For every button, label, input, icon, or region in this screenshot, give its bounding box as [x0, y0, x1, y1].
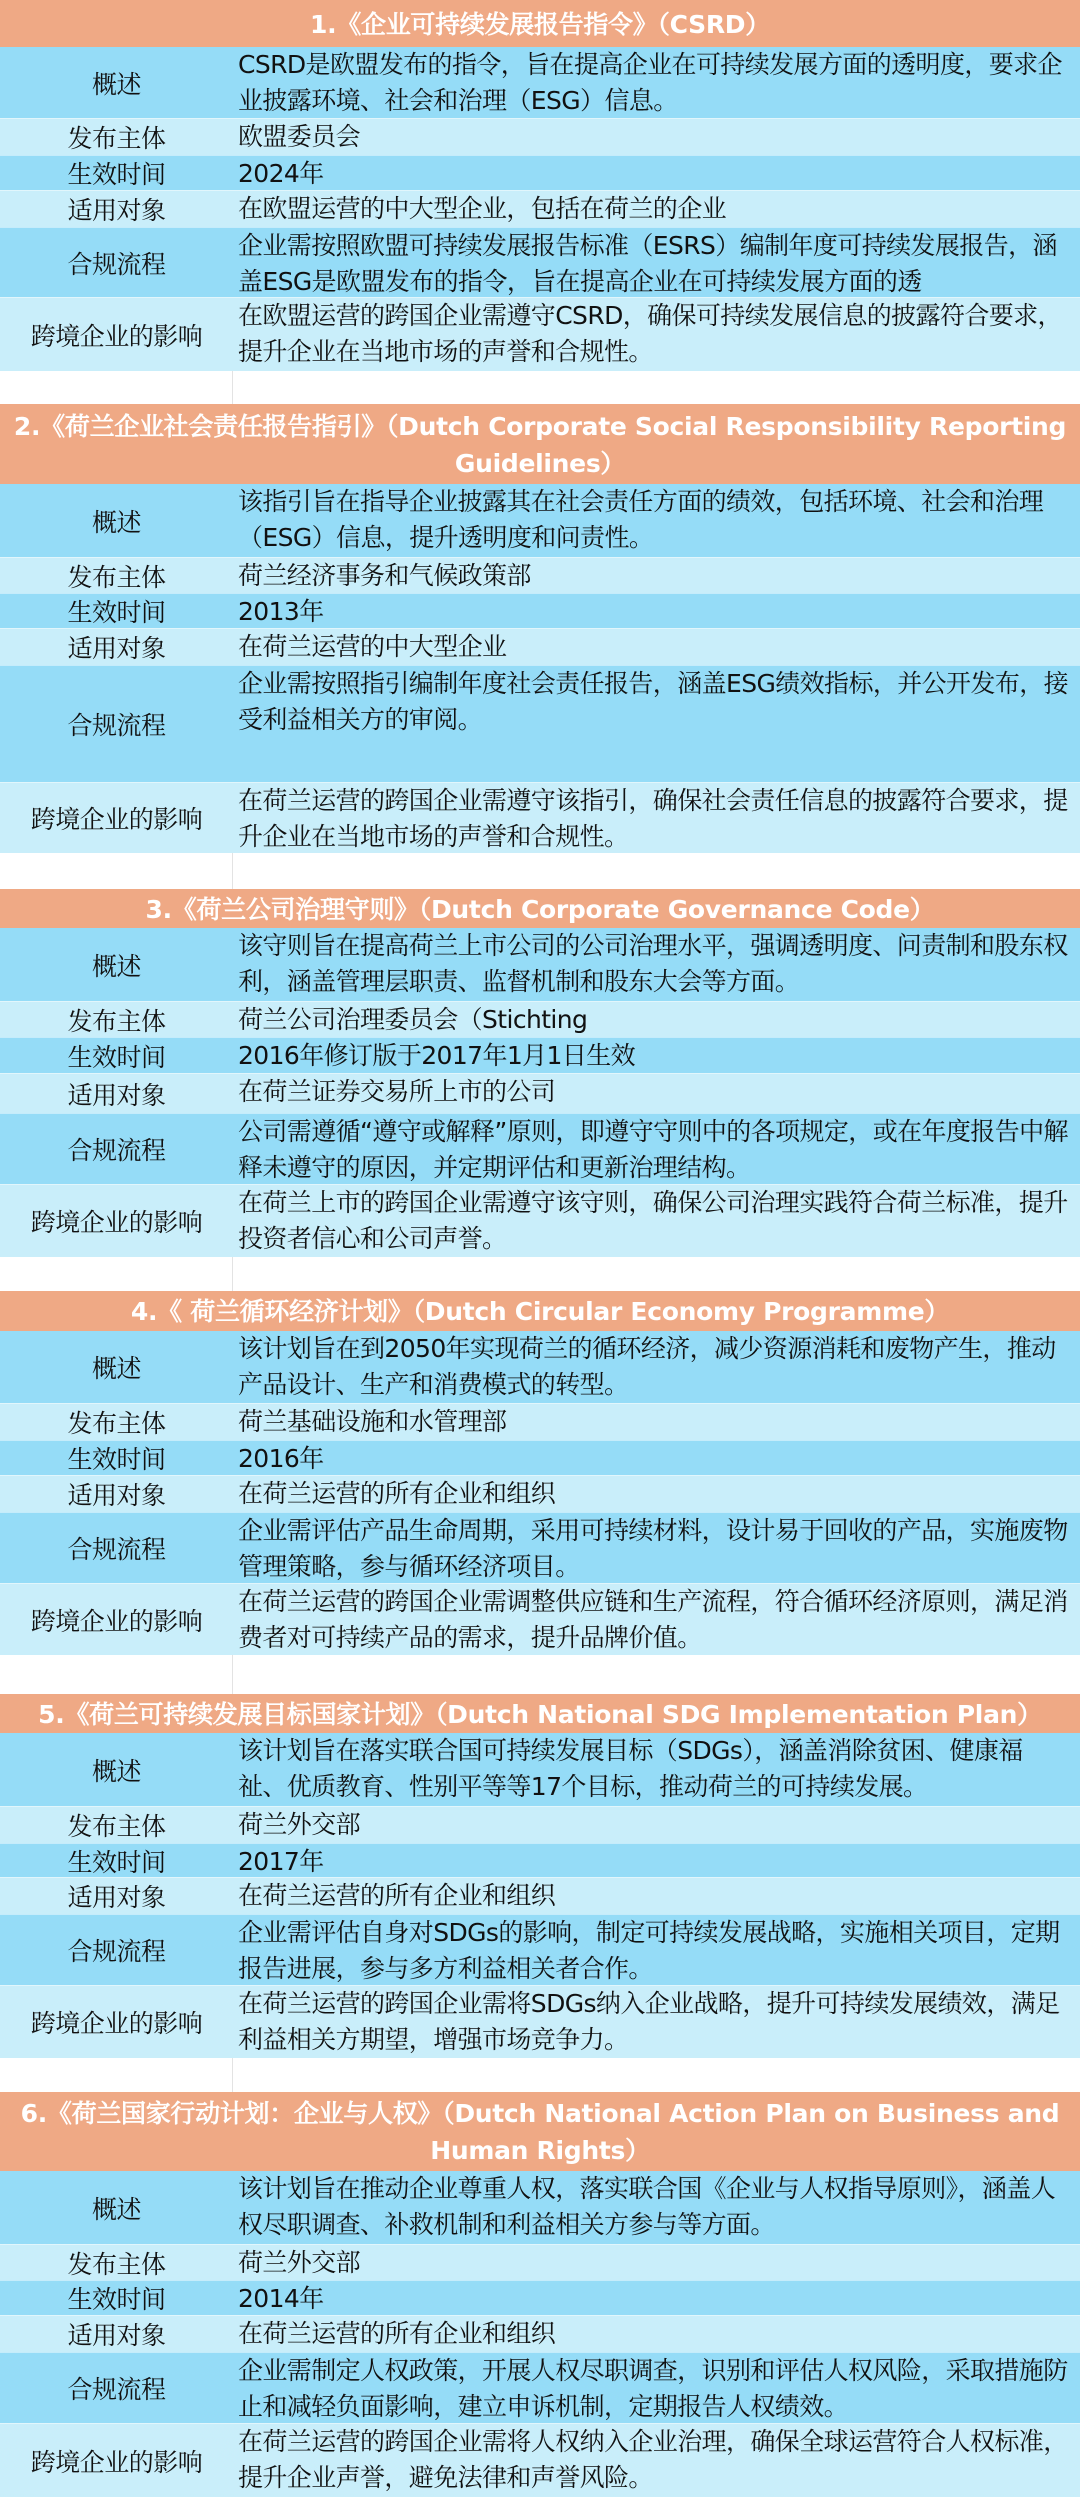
row-scope: 适用对象 在荷兰运营的中大型企业: [0, 628, 1080, 665]
label-overview: 概述: [0, 1331, 233, 1403]
regulations-table: 1.《企业可持续发展报告指令》（CSRD） 概述 CSRD是欧盟发布的指令，旨在…: [0, 0, 1080, 2497]
value-process: 企业需评估自身对SDGs的影响，制定可持续发展战略，实施相关项目，定期报告进展，…: [233, 1915, 1080, 1985]
row-overview: 概述 该计划旨在落实联合国可持续发展目标（SDGs），涵盖消除贫困、健康福祉、优…: [0, 1733, 1080, 1806]
section-title: 6.《荷兰国家行动计划：企业与人权》（Dutch National Action…: [0, 2092, 1080, 2171]
label-process: 合规流程: [0, 1513, 233, 1583]
value-process: 公司需遵循“遵守或解释”原则，即遵守守则中的各项规定，或在年度报告中解释未遵守的…: [233, 1114, 1080, 1184]
value-effective: 2014年: [233, 2281, 1080, 2315]
row-process: 合规流程 企业需评估自身对SDGs的影响，制定可持续发展战略，实施相关项目，定期…: [0, 1914, 1080, 1985]
value-overview: 该计划旨在推动企业尊重人权，落实联合国《企业与人权指导原则》，涵盖人权尽职调查、…: [233, 2171, 1080, 2244]
value-overview: 该计划旨在到2050年实现荷兰的循环经济，减少资源消耗和废物产生，推动产品设计、…: [233, 1331, 1080, 1403]
value-effective: 2024年: [233, 156, 1080, 190]
label-effective: 生效时间: [0, 156, 233, 190]
label-issuer: 发布主体: [0, 1002, 233, 1037]
label-process: 合规流程: [0, 2353, 233, 2423]
label-overview: 概述: [0, 2171, 233, 2244]
spacer-row: [0, 853, 1080, 889]
value-impact: 在欧盟运营的跨国企业需遵守CSRD，确保可持续发展信息的披露符合要求，提升企业在…: [233, 298, 1080, 371]
section-csrd: 1.《企业可持续发展报告指令》（CSRD） 概述 CSRD是欧盟发布的指令，旨在…: [0, 0, 1080, 404]
row-issuer: 发布主体 荷兰外交部: [0, 2244, 1080, 2280]
spacer-row: [0, 2058, 1080, 2092]
section-dutch-circular-economy-programme: 4.《 荷兰循环经济计划》（Dutch Circular Economy Pro…: [0, 1291, 1080, 1694]
label-impact: 跨境企业的影响: [0, 1584, 233, 1655]
label-issuer: 发布主体: [0, 2245, 233, 2280]
row-issuer: 发布主体 荷兰基础设施和水管理部: [0, 1403, 1080, 1440]
value-issuer: 荷兰外交部: [233, 2245, 1080, 2280]
label-effective: 生效时间: [0, 1844, 233, 1877]
row-process: 合规流程 企业需评估产品生命周期，采用可持续材料，设计易于回收的产品，实施废物管…: [0, 1512, 1080, 1583]
value-issuer: 荷兰基础设施和水管理部: [233, 1404, 1080, 1440]
row-scope: 适用对象 在荷兰运营的所有企业和组织: [0, 1475, 1080, 1512]
row-effective: 生效时间 2017年: [0, 1843, 1080, 1877]
label-issuer: 发布主体: [0, 119, 233, 155]
label-overview: 概述: [0, 1733, 233, 1806]
row-issuer: 发布主体 荷兰外交部: [0, 1806, 1080, 1843]
row-process: 合规流程 企业需按照指引编制年度社会责任报告，涵盖ESG绩效指标，并公开发布，接…: [0, 665, 1080, 782]
label-issuer: 发布主体: [0, 558, 233, 593]
spacer-row: [0, 1655, 1080, 1694]
value-scope: 在荷兰运营的所有企业和组织: [233, 2316, 1080, 2352]
row-issuer: 发布主体 荷兰经济事务和气候政策部: [0, 557, 1080, 593]
label-impact: 跨境企业的影响: [0, 2424, 233, 2497]
value-overview: 该计划旨在落实联合国可持续发展目标（SDGs），涵盖消除贫困、健康福祉、优质教育…: [233, 1733, 1080, 1806]
value-effective: 2013年: [233, 594, 1080, 628]
row-scope: 适用对象 在荷兰运营的所有企业和组织: [0, 2315, 1080, 2352]
section-dutch-national-sdg-plan: 5.《荷兰可持续发展目标国家计划》（Dutch National SDG Imp…: [0, 1694, 1080, 2092]
value-impact: 在荷兰运营的跨国企业需将人权纳入企业治理，确保全球运营符合人权标准，提升企业声誉…: [233, 2424, 1080, 2497]
row-effective: 生效时间 2013年: [0, 593, 1080, 628]
section-title: 3.《荷兰公司治理守则》（Dutch Corporate Governance …: [0, 889, 1080, 928]
value-scope: 在欧盟运营的中大型企业，包括在荷兰的企业: [233, 191, 1080, 227]
label-scope: 适用对象: [0, 191, 233, 227]
section-dutch-corporate-governance-code: 3.《荷兰公司治理守则》（Dutch Corporate Governance …: [0, 889, 1080, 1291]
row-effective: 生效时间 2014年: [0, 2280, 1080, 2315]
value-overview: CSRD是欧盟发布的指令，旨在提高企业在可持续发展方面的透明度，要求企业披露环境…: [233, 47, 1080, 118]
value-process: 企业需制定人权政策，开展人权尽职调查，识别和评估人权风险，采取措施防止和减轻负面…: [233, 2353, 1080, 2423]
label-process: 合规流程: [0, 1114, 233, 1184]
label-scope: 适用对象: [0, 629, 233, 665]
section-title: 2.《荷兰企业社会责任报告指引》（Dutch Corporate Social …: [0, 404, 1080, 484]
value-impact: 在荷兰运营的跨国企业需调整供应链和生产流程，符合循环经济原则，满足消费者对可持续…: [233, 1584, 1080, 1655]
value-scope: 在荷兰证券交易所上市的公司: [233, 1074, 1080, 1113]
row-scope: 适用对象 在欧盟运营的中大型企业，包括在荷兰的企业: [0, 190, 1080, 227]
section-title: 5.《荷兰可持续发展目标国家计划》（Dutch National SDG Imp…: [0, 1694, 1080, 1733]
value-impact: 在荷兰运营的跨国企业需遵守该指引，确保社会责任信息的披露符合要求，提升企业在当地…: [233, 783, 1080, 853]
row-impact: 跨境企业的影响 在荷兰运营的跨国企业需调整供应链和生产流程，符合循环经济原则，满…: [0, 1583, 1080, 1655]
label-scope: 适用对象: [0, 2316, 233, 2352]
row-scope: 适用对象 在荷兰运营的所有企业和组织: [0, 1877, 1080, 1914]
row-issuer: 发布主体 荷兰公司治理委员会（Stichting: [0, 1001, 1080, 1037]
row-process: 合规流程 企业需制定人权政策，开展人权尽职调查，识别和评估人权风险，采取措施防止…: [0, 2352, 1080, 2423]
row-process: 合规流程 公司需遵循“遵守或解释”原则，即遵守守则中的各项规定，或在年度报告中解…: [0, 1113, 1080, 1184]
section-dutch-nap-business-human-rights: 6.《荷兰国家行动计划：企业与人权》（Dutch National Action…: [0, 2092, 1080, 2497]
row-effective: 生效时间 2016年修订版于2017年1月1日生效: [0, 1037, 1080, 1073]
value-effective: 2016年修订版于2017年1月1日生效: [233, 1038, 1080, 1073]
value-process: 企业需按照欧盟可持续发展报告标准（ESRS）编制年度可持续发展报告，涵盖ESG是…: [233, 228, 1080, 297]
label-process: 合规流程: [0, 1915, 233, 1985]
value-process: 企业需评估产品生命周期，采用可持续材料，设计易于回收的产品，实施废物管理策略，参…: [233, 1513, 1080, 1583]
label-overview: 概述: [0, 928, 233, 1001]
row-overview: 概述 该计划旨在推动企业尊重人权，落实联合国《企业与人权指导原则》，涵盖人权尽职…: [0, 2171, 1080, 2244]
label-scope: 适用对象: [0, 1074, 233, 1113]
label-issuer: 发布主体: [0, 1807, 233, 1843]
value-issuer: 荷兰经济事务和气候政策部: [233, 558, 1080, 593]
row-impact: 跨境企业的影响 在荷兰运营的跨国企业需遵守该指引，确保社会责任信息的披露符合要求…: [0, 782, 1080, 853]
section-dutch-csr-guidelines: 2.《荷兰企业社会责任报告指引》（Dutch Corporate Social …: [0, 404, 1080, 889]
row-overview: 概述 该计划旨在到2050年实现荷兰的循环经济，减少资源消耗和废物产生，推动产品…: [0, 1331, 1080, 1403]
label-effective: 生效时间: [0, 1038, 233, 1073]
row-impact: 跨境企业的影响 在荷兰上市的跨国企业需遵守该守则，确保公司治理实践符合荷兰标准，…: [0, 1184, 1080, 1257]
label-overview: 概述: [0, 47, 233, 118]
spacer-row: [0, 1257, 1080, 1291]
label-process: 合规流程: [0, 228, 233, 297]
row-effective: 生效时间 2024年: [0, 155, 1080, 190]
row-scope: 适用对象 在荷兰证券交易所上市的公司: [0, 1073, 1080, 1113]
row-impact: 跨境企业的影响 在欧盟运营的跨国企业需遵守CSRD，确保可持续发展信息的披露符合…: [0, 297, 1080, 371]
value-issuer: 欧盟委员会: [233, 119, 1080, 155]
value-scope: 在荷兰运营的所有企业和组织: [233, 1476, 1080, 1512]
value-overview: 该指引旨在指导企业披露其在社会责任方面的绩效，包括环境、社会和治理（ESG）信息…: [233, 484, 1080, 557]
section-title: 1.《企业可持续发展报告指令》（CSRD）: [0, 0, 1080, 47]
label-overview: 概述: [0, 484, 233, 557]
section-title: 4.《 荷兰循环经济计划》（Dutch Circular Economy Pro…: [0, 1291, 1080, 1331]
label-effective: 生效时间: [0, 1441, 233, 1475]
label-effective: 生效时间: [0, 594, 233, 628]
label-process: 合规流程: [0, 666, 233, 782]
value-issuer: 荷兰公司治理委员会（Stichting: [233, 1002, 1080, 1037]
value-overview: 该守则旨在提高荷兰上市公司的公司治理水平，强调透明度、问责制和股东权利，涵盖管理…: [233, 928, 1080, 1001]
value-impact: 在荷兰运营的跨国企业需将SDGs纳入企业战略，提升可持续发展绩效，满足利益相关方…: [233, 1986, 1080, 2058]
label-scope: 适用对象: [0, 1476, 233, 1512]
label-issuer: 发布主体: [0, 1404, 233, 1440]
row-overview: 概述 CSRD是欧盟发布的指令，旨在提高企业在可持续发展方面的透明度，要求企业披…: [0, 47, 1080, 118]
row-impact: 跨境企业的影响 在荷兰运营的跨国企业需将SDGs纳入企业战略，提升可持续发展绩效…: [0, 1985, 1080, 2058]
row-impact: 跨境企业的影响 在荷兰运营的跨国企业需将人权纳入企业治理，确保全球运营符合人权标…: [0, 2423, 1080, 2497]
row-effective: 生效时间 2016年: [0, 1440, 1080, 1475]
row-process: 合规流程 企业需按照欧盟可持续发展报告标准（ESRS）编制年度可持续发展报告，涵…: [0, 227, 1080, 297]
label-effective: 生效时间: [0, 2281, 233, 2315]
label-scope: 适用对象: [0, 1878, 233, 1914]
label-impact: 跨境企业的影响: [0, 1185, 233, 1257]
row-issuer: 发布主体 欧盟委员会: [0, 118, 1080, 155]
label-impact: 跨境企业的影响: [0, 783, 233, 853]
value-scope: 在荷兰运营的所有企业和组织: [233, 1878, 1080, 1914]
spacer-row: [0, 371, 1080, 404]
label-impact: 跨境企业的影响: [0, 1986, 233, 2058]
value-effective: 2017年: [233, 1844, 1080, 1877]
value-scope: 在荷兰运营的中大型企业: [233, 629, 1080, 665]
value-process: 企业需按照指引编制年度社会责任报告，涵盖ESG绩效指标，并公开发布，接受利益相关…: [233, 666, 1080, 738]
value-impact: 在荷兰上市的跨国企业需遵守该守则，确保公司治理实践符合荷兰标准，提升投资者信心和…: [233, 1185, 1080, 1257]
row-overview: 概述 该守则旨在提高荷兰上市公司的公司治理水平，强调透明度、问责制和股东权利，涵…: [0, 928, 1080, 1001]
value-effective: 2016年: [233, 1441, 1080, 1475]
value-issuer: 荷兰外交部: [233, 1807, 1080, 1843]
row-overview: 概述 该指引旨在指导企业披露其在社会责任方面的绩效，包括环境、社会和治理（ESG…: [0, 484, 1080, 557]
label-impact: 跨境企业的影响: [0, 298, 233, 371]
